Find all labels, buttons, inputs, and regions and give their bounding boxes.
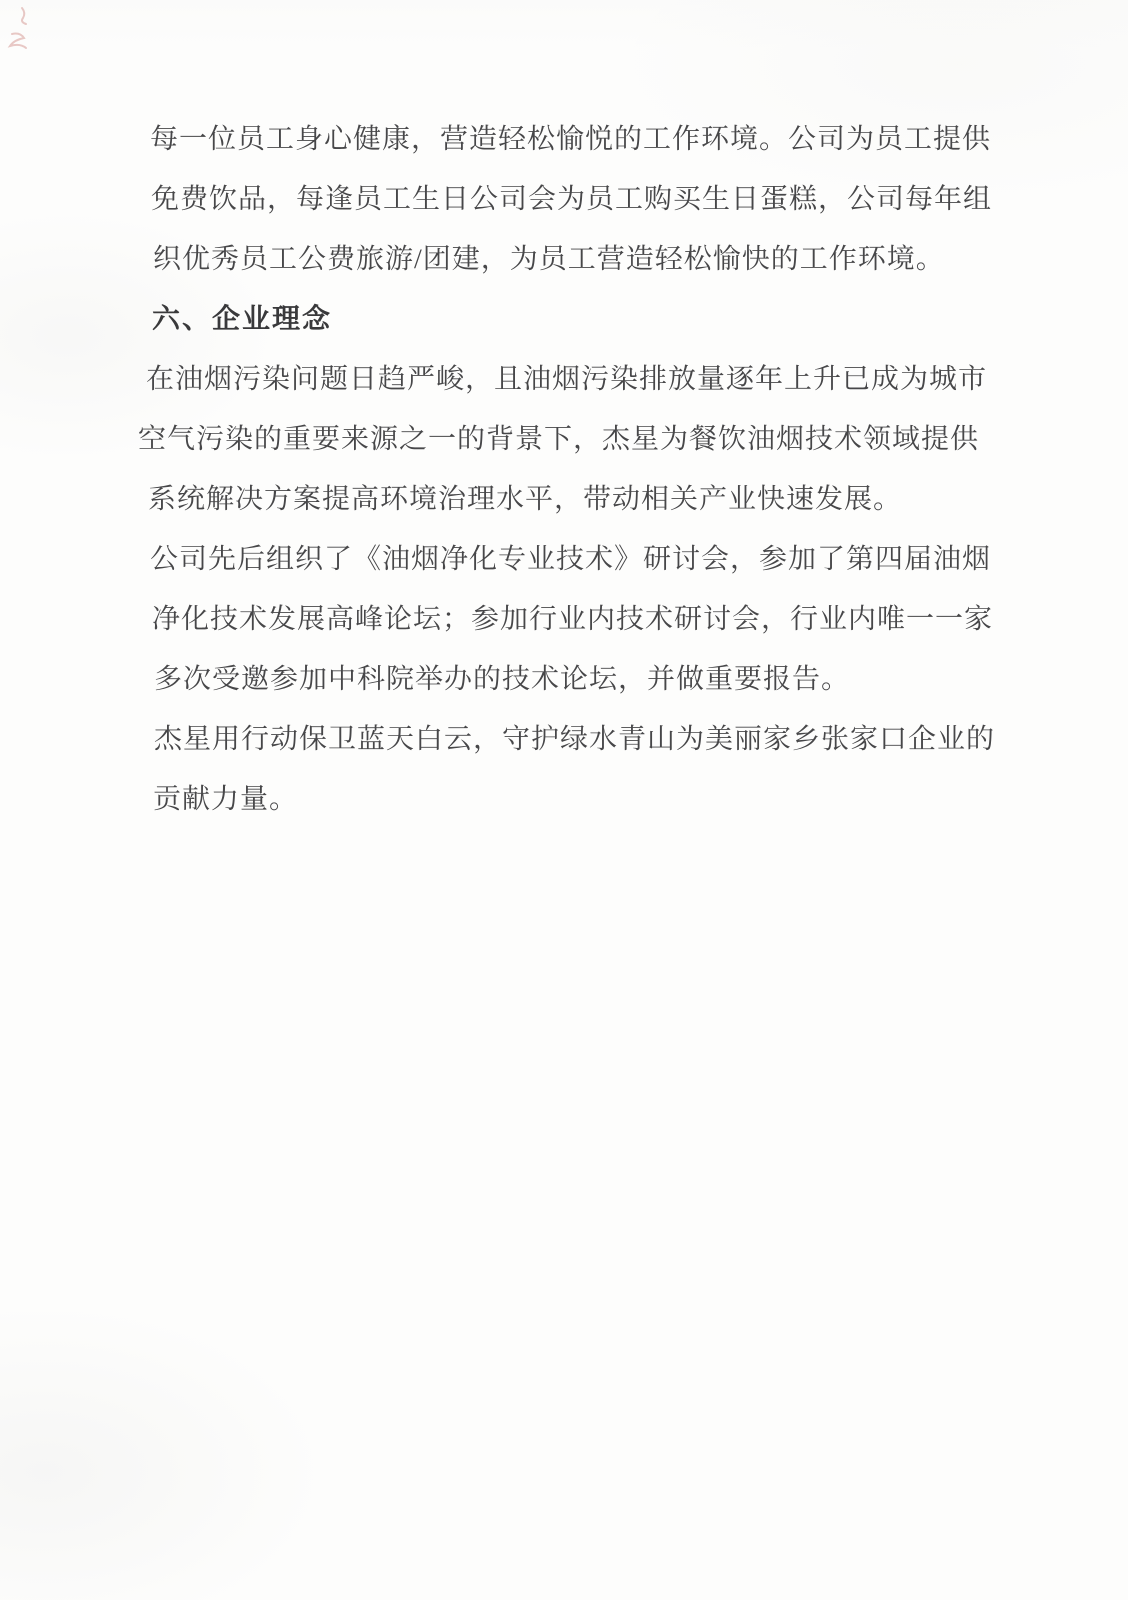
paragraph-technical-forums: 公司先后组织了《油烟净化专业技术》研讨会，参加了第四届油烟 净化技术发展高峰论坛… bbox=[140, 530, 1000, 710]
heading-text: 六、企业理念 bbox=[152, 290, 1000, 350]
text-line: 杰星用行动保卫蓝天白云，守护绿水青山为美丽家乡张家口企业的 bbox=[154, 710, 1000, 770]
paragraph-employee-care: 每一位员工身心健康，营造轻松愉悦的工作环境。公司为员工提供 免费饮品，每逢员工生… bbox=[140, 110, 1000, 290]
text-line: 净化技术发展高峰论坛；参加行业内技术研讨会，行业内唯一一家 bbox=[152, 590, 1000, 650]
text-line: 在油烟污染问题日趋严峻，且油烟污染排放量逐年上升已成为城市 bbox=[146, 350, 1000, 410]
paragraph-closing-statement: 杰星用行动保卫蓝天白云，守护绿水青山为美丽家乡张家口企业的 贡献力量。 bbox=[140, 710, 1000, 830]
text-line: 贡献力量。 bbox=[153, 770, 1000, 830]
text-line: 多次受邀参加中科院举办的技术论坛，并做重要报告。 bbox=[154, 650, 1000, 710]
document-page: 每一位员工身心健康，营造轻松愉悦的工作环境。公司为员工提供 免费饮品，每逢员工生… bbox=[0, 0, 1128, 1600]
text-line: 每一位员工身心健康，营造轻松愉悦的工作环境。公司为员工提供 bbox=[150, 110, 1000, 170]
text-line: 免费饮品，每逢员工生日公司会为员工购买生日蛋糕，公司每年组 bbox=[151, 170, 1000, 230]
pen-mark-icon bbox=[10, 34, 26, 49]
pen-mark-artifacts bbox=[2, 2, 62, 72]
document-body: 每一位员工身心健康，营造轻松愉悦的工作环境。公司为员工提供 免费饮品，每逢员工生… bbox=[140, 110, 1000, 830]
section-heading-corporate-philosophy: 六、企业理念 bbox=[140, 290, 1000, 350]
text-line: 系统解决方案提高环境治理水平，带动相关产业快速发展。 bbox=[148, 470, 1000, 530]
text-line: 公司先后组织了《油烟净化专业技术》研讨会，参加了第四届油烟 bbox=[150, 530, 1000, 590]
text-line: 织优秀员工公费旅游/团建，为员工营造轻松愉快的工作环境。 bbox=[153, 230, 1000, 290]
text-line: 空气污染的重要来源之一的背景下，杰星为餐饮油烟技术领域提供 bbox=[138, 410, 1000, 470]
paragraph-pollution-background: 在油烟污染问题日趋严峻，且油烟污染排放量逐年上升已成为城市 空气污染的重要来源之… bbox=[140, 350, 1000, 530]
pen-mark-icon bbox=[22, 8, 26, 24]
